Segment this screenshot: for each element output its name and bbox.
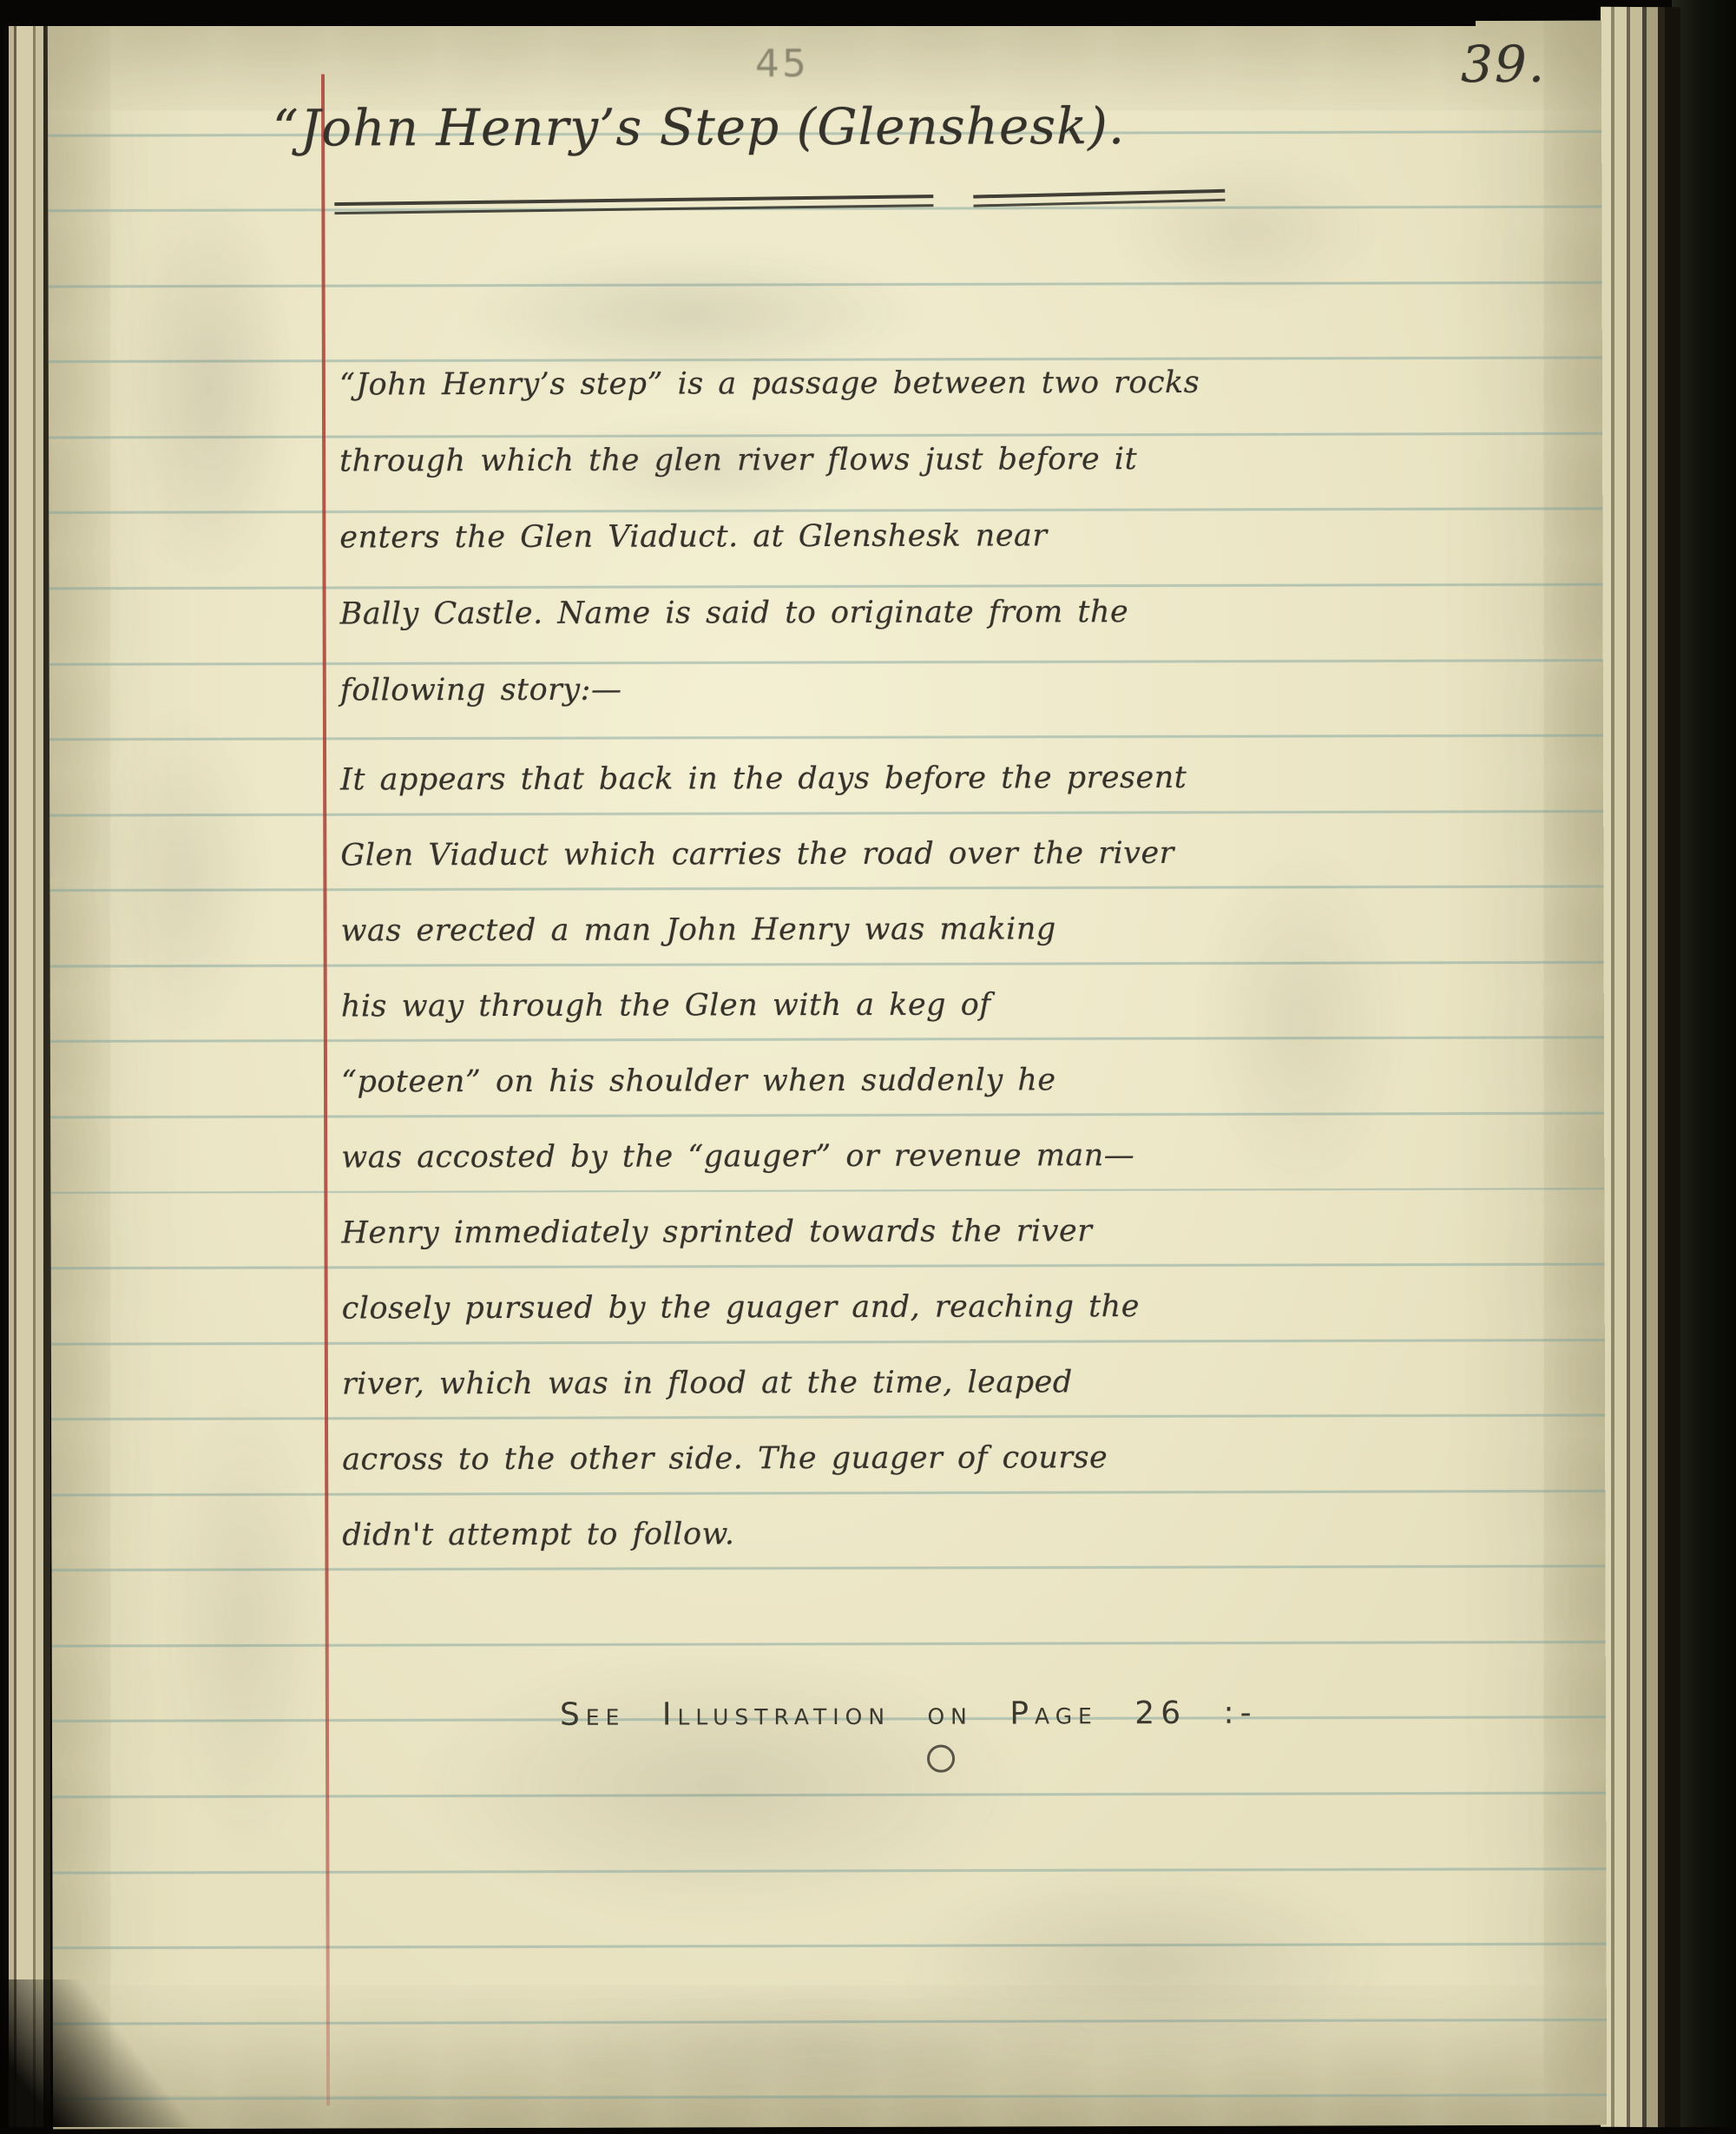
- scanned-notebook-page: 45 39. “John Henry’s Step (Glenshesk). “…: [0, 0, 1736, 2127]
- footer-flourish-circle: [927, 1745, 955, 1773]
- book-cover-edge: [1672, 0, 1736, 2127]
- handwritten-line: through which the glen river flows just …: [339, 437, 1137, 484]
- handwritten-line: Glen Viaduct which carries the road over…: [340, 831, 1174, 879]
- handwritten-line: his way through the Glen with a keg of: [341, 983, 991, 1030]
- notebook-page: 45 39. “John Henry’s Step (Glenshesk). “…: [48, 21, 1607, 2127]
- handwritten-line: across to the other side. The guager of …: [342, 1435, 1108, 1482]
- handwritten-line: following story:—: [340, 668, 622, 714]
- handwritten-line: Henry immediately sprinted towards the r…: [341, 1209, 1092, 1255]
- see-illustration-note: See Illustration on Page 26 :-: [560, 1696, 1258, 1733]
- bottom-left-corner-shadow: [0, 1979, 200, 2127]
- handwritten-line: was accosted by the “gauger” or revenue …: [341, 1133, 1134, 1180]
- handwritten-line: river, which was in flood at the time, l…: [342, 1360, 1073, 1406]
- handwritten-line: was erected a man John Henry was making: [340, 906, 1055, 953]
- handwritten-line: “John Henry’s step” is a passage between…: [339, 360, 1200, 408]
- handwritten-line: closely pursued by the guager and, reach…: [342, 1284, 1140, 1331]
- page-number: 39.: [1461, 35, 1546, 94]
- left-page-edges: [3, 0, 50, 2127]
- right-page-edges: [1601, 7, 1680, 2127]
- handwritten-line: “poteen” on his shoulder when suddenly h…: [341, 1057, 1056, 1104]
- handwritten-line: It appears that back in the days before …: [340, 755, 1187, 803]
- page-title: “John Henry’s Step (Glenshesk).: [256, 96, 1141, 158]
- handwritten-line: enters the Glen Viaduct. at Glenshesk ne…: [339, 513, 1047, 560]
- handwritten-line: didn't attempt to follow.: [342, 1512, 734, 1558]
- scan-top-band: [0, 0, 1476, 26]
- handwritten-line: Bally Castle. Name is said to originate …: [340, 589, 1129, 636]
- stamped-folio-number: 45: [755, 42, 809, 86]
